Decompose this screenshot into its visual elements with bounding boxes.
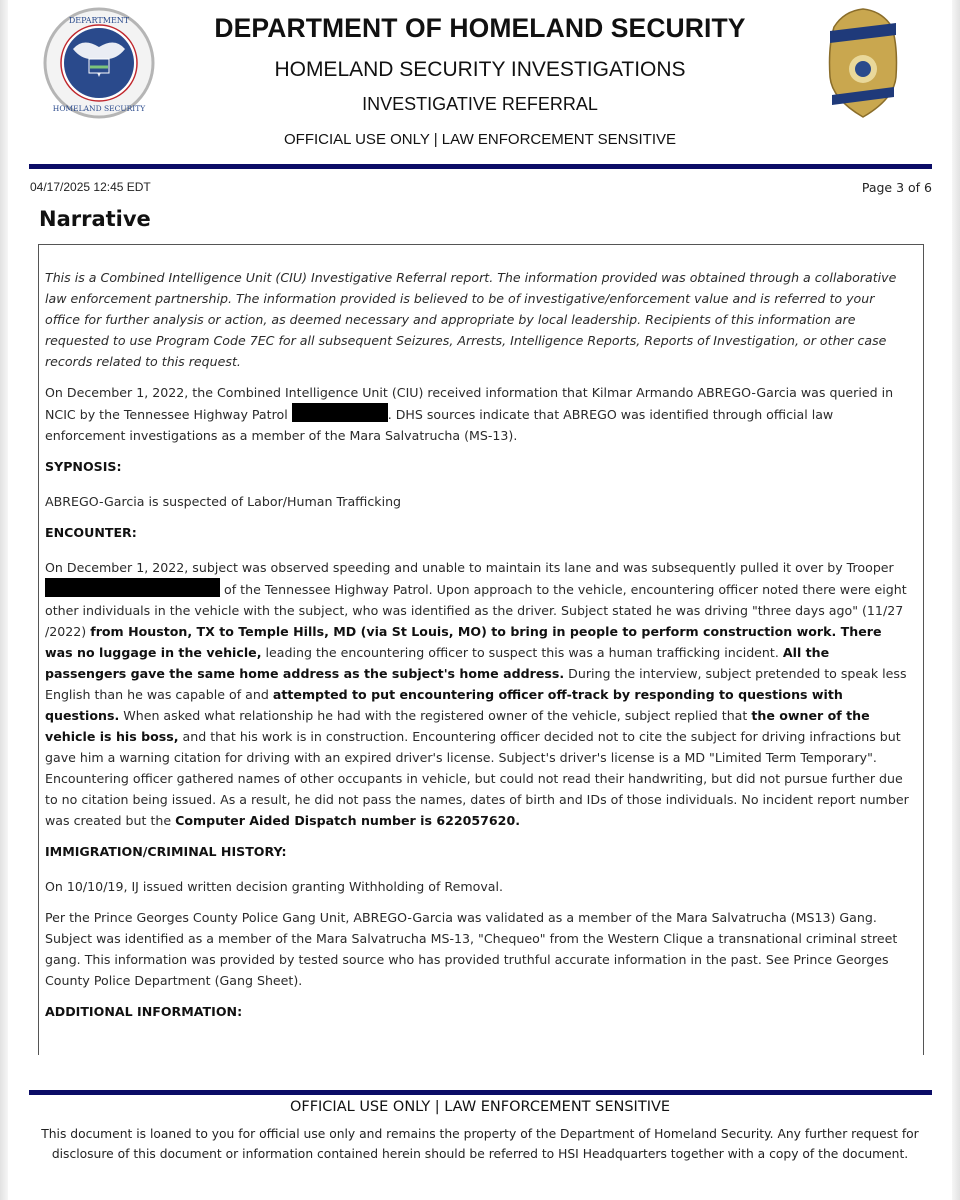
- svg-text:DEPARTMENT: DEPARTMENT: [69, 16, 130, 25]
- hsi-special-agent-badge-icon: [824, 7, 902, 119]
- dhs-seal-icon: DEPARTMENT HOMELAND SECURITY: [43, 7, 155, 119]
- page-indicator: Page 3 of 6: [862, 180, 932, 195]
- encounter-text: On December 1, 2022, subject was observe…: [45, 560, 894, 575]
- agency-title: DEPARTMENT OF HOMELAND SECURITY: [160, 13, 800, 44]
- section-title: Narrative: [39, 207, 151, 231]
- component-title: HOMELAND SECURITY INVESTIGATIONS: [160, 58, 800, 82]
- encounter-text: When asked what relationship he had with…: [119, 708, 751, 723]
- synopsis-paragraph: ABREGO-Garcia is suspected of Labor/Huma…: [45, 491, 911, 512]
- encounter-emphasis: Computer Aided Dispatch number is 622057…: [175, 813, 520, 828]
- history-paragraph-1: On 10/10/19, IJ issued written decision …: [45, 876, 911, 897]
- intro-paragraph: This is a Combined Intelligence Unit (CI…: [45, 267, 911, 372]
- header-classification: OFFICIAL USE ONLY | LAW ENFORCEMENT SENS…: [160, 131, 800, 148]
- footer-classification: OFFICIAL USE ONLY | LAW ENFORCEMENT SENS…: [0, 1099, 960, 1115]
- narrative-box: This is a Combined Intelligence Unit (CI…: [38, 244, 924, 1055]
- page-edge-left: [0, 0, 8, 1200]
- footer-rule: [29, 1090, 932, 1095]
- narrative-content: This is a Combined Intelligence Unit (CI…: [45, 267, 911, 1036]
- svg-text:HOMELAND SECURITY: HOMELAND SECURITY: [53, 104, 146, 113]
- history-heading: IMMIGRATION/CRIMINAL HISTORY:: [45, 841, 911, 862]
- footer-notice: This document is loaned to you for offic…: [30, 1124, 930, 1164]
- additional-info-heading: ADDITIONAL INFORMATION:: [45, 1001, 911, 1022]
- ciu-paragraph: On December 1, 2022, the Combined Intell…: [45, 382, 911, 446]
- synopsis-heading: SYPNOSIS:: [45, 456, 911, 477]
- page-edge-right: [952, 0, 960, 1200]
- history-paragraph-2: Per the Prince Georges County Police Gan…: [45, 907, 911, 991]
- encounter-text: leading the encountering officer to susp…: [262, 645, 783, 660]
- encounter-heading: ENCOUNTER:: [45, 522, 911, 543]
- redaction-block: [292, 403, 388, 422]
- document-type: INVESTIGATIVE REFERRAL: [160, 94, 800, 115]
- timestamp: 04/17/2025 12:45 EDT: [30, 180, 151, 194]
- header-rule: [29, 164, 932, 169]
- redaction-block: [45, 578, 220, 597]
- encounter-paragraph: On December 1, 2022, subject was observe…: [45, 557, 911, 831]
